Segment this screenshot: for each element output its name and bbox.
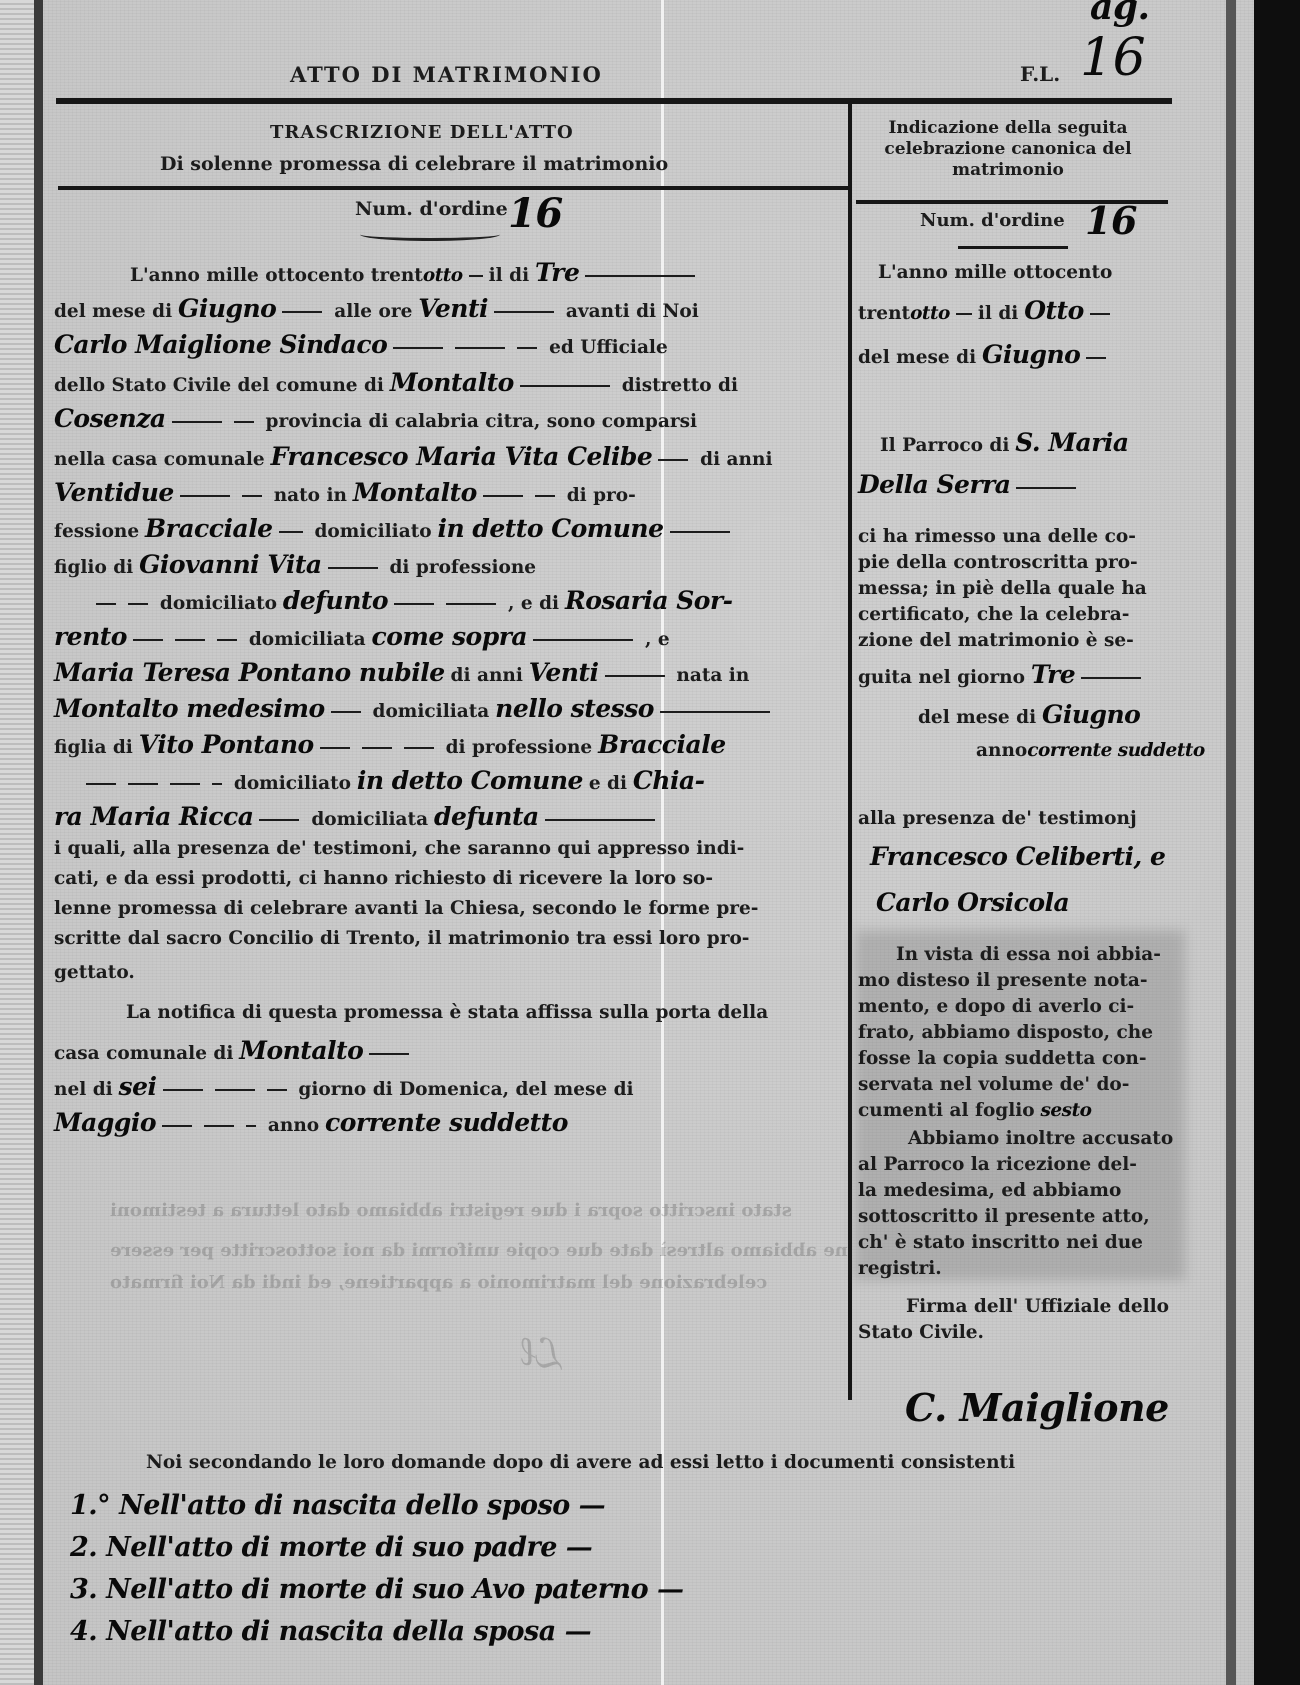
body-line-5: gettato. bbox=[54, 962, 135, 983]
record-line-16: ra Maria Ricca domiciliata defunta bbox=[54, 802, 661, 831]
record-line-12: Maria Teresa Pontano nubile di anni Vent… bbox=[54, 658, 749, 687]
folio-label: F.L. bbox=[1020, 62, 1060, 86]
record-line-10: domiciliato defunto , e di Rosaria Sor- bbox=[90, 586, 733, 615]
celebration-month: del mese di Giugno bbox=[918, 700, 1140, 729]
closing-line-1: In vista di essa noi abbia- bbox=[896, 944, 1161, 965]
witness-2: Carlo Orsicola bbox=[876, 888, 1069, 917]
closing2-line-6: registri. bbox=[858, 1258, 942, 1279]
closing2-line-3: la medesima, ed abbiamo bbox=[858, 1180, 1121, 1201]
record-line-15: domiciliato in detto Comune e di Chia- bbox=[80, 766, 705, 795]
record-line-13: Montalto medesimo domiciliata nello stes… bbox=[54, 694, 776, 723]
closing2-line-1: Abbiamo inoltre accusato bbox=[908, 1128, 1173, 1149]
document-item-4: 4. Nell'atto di nascita della sposa — bbox=[70, 1616, 591, 1647]
record-line-3: Carlo Maiglione Sindaco ed Ufficiale bbox=[54, 330, 668, 359]
page-title: ATTO DI MATRIMONIO bbox=[290, 62, 603, 87]
closing-line-7: cumenti al foglio sesto bbox=[858, 1100, 1092, 1121]
right-line-4: Il Parroco di S. Maria bbox=[880, 428, 1129, 457]
officer-signature: C. Maiglione bbox=[905, 1385, 1169, 1430]
notice-line-3: nel di sei giorno di Domenica, del mese … bbox=[54, 1072, 634, 1101]
right-heading: Indicazione della seguita celebrazione c… bbox=[858, 118, 1158, 181]
num-ordine-label-left: Num. d'ordine bbox=[355, 198, 508, 220]
body-line-2: cati, e da essi prodotti, ci hanno richi… bbox=[54, 868, 713, 889]
signature-label-1: Firma dell' Uffiziale dello bbox=[906, 1296, 1169, 1317]
closing2-line-4: sottoscritto il presente atto, bbox=[858, 1206, 1150, 1227]
signature-label-2: Stato Civile. bbox=[858, 1322, 984, 1343]
corner-annotation: ag. bbox=[1090, 0, 1150, 28]
record-line-1: L'anno mille ottocento trentottoil di Tr… bbox=[130, 258, 701, 287]
folio-number: 16 bbox=[1080, 28, 1145, 88]
num-ordine-value-left: 16 bbox=[508, 190, 563, 237]
body-line-1: i quali, alla presenza de' testimoni, ch… bbox=[54, 838, 744, 859]
left-heading: TRASCRIZIONE DELL'ATTO bbox=[270, 122, 574, 143]
certificate-line-4: certificato, che la celebra- bbox=[858, 604, 1129, 625]
celebration-day: guita nel giorno Tre bbox=[858, 660, 1147, 689]
bleedthrough-signature: ℒℓ bbox=[517, 1327, 569, 1380]
notice-line-2: casa comunale di Montalto bbox=[54, 1036, 415, 1065]
closing-line-4: frato, abbiamo disposto, che bbox=[858, 1022, 1153, 1043]
flourish-divider bbox=[360, 228, 500, 241]
right-line-1: L'anno mille ottocento bbox=[878, 262, 1112, 283]
bleedthrough-line-3: celebrazione del matrimonio a appartiene… bbox=[110, 1272, 767, 1293]
page-right-edge bbox=[1226, 0, 1236, 1685]
record-line-2: del mese di Giugno alle ore Venti avanti… bbox=[54, 294, 699, 323]
closing-line-2: mo disteso il presente nota- bbox=[858, 970, 1148, 991]
bleedthrough-line-1: stato inscritto sopra i due registri abb… bbox=[110, 1200, 792, 1221]
closing2-line-5: ch' è stato inscritto nei due bbox=[858, 1232, 1143, 1253]
closing-line-3: mento, e dopo di averlo ci- bbox=[858, 996, 1134, 1017]
column-divider bbox=[848, 100, 852, 1400]
witness-1: Francesco Celiberti, e bbox=[870, 842, 1165, 871]
closing2-line-2: al Parroco la ricezione del- bbox=[858, 1154, 1137, 1175]
record-line-9: figlio di Giovanni Vita di professione bbox=[54, 550, 536, 579]
certificate-line-5: zione del matrimonio è se- bbox=[858, 630, 1134, 651]
document-page: ATTO DI MATRIMONIO F.L. 16 ag. TRASCRIZI… bbox=[0, 0, 1300, 1685]
record-line-11: rento domiciliata come sopra , e bbox=[54, 622, 670, 651]
right-short-rule bbox=[958, 246, 1068, 249]
right-line-2: trentottoil di Otto bbox=[858, 296, 1116, 325]
record-line-7: Ventidue nato in Montalto di pro- bbox=[54, 478, 636, 507]
document-item-1: 1.° Nell'atto di nascita dello sposo — bbox=[70, 1490, 605, 1521]
record-line-14: figlia di Vito Pontano di professione Br… bbox=[54, 730, 726, 759]
certificate-line-2: pie della controscritta pro- bbox=[858, 552, 1138, 573]
right-line-3: del mese di Giugno bbox=[858, 340, 1112, 369]
record-line-5: Cosenza provincia di calabria citra, son… bbox=[54, 404, 697, 433]
closing-line-5: fosse la copia suddetta con- bbox=[858, 1048, 1147, 1069]
adjacent-page-edge bbox=[0, 0, 34, 1685]
footer-intro: Noi secondando le loro domande dopo di a… bbox=[146, 1452, 1015, 1473]
record-line-6: nella casa comunale Francesco Maria Vita… bbox=[54, 442, 772, 471]
left-subheading: Di solenne promessa di celebrare il matr… bbox=[160, 153, 668, 175]
right-line-5: Della Serra bbox=[858, 470, 1082, 499]
record-line-8: fessione Bracciale domiciliato in detto … bbox=[54, 514, 736, 543]
certificate-line-3: messa; in piè della quale ha bbox=[858, 578, 1147, 599]
certificate-line-1: ci ha rimesso una delle co- bbox=[858, 526, 1136, 547]
left-heading-rule bbox=[58, 186, 848, 190]
header-rule bbox=[56, 98, 1172, 104]
witnesses-label: alla presenza de' testimonj bbox=[858, 808, 1137, 829]
num-ordine-value-right: 16 bbox=[1085, 198, 1137, 243]
body-line-3: lenne promessa di celebrare avanti la Ch… bbox=[54, 898, 758, 919]
notice-line-1: La notifica di questa promessa è stata a… bbox=[126, 1002, 768, 1023]
celebration-year: annocorrente suddetto bbox=[976, 740, 1205, 761]
num-ordine-label-right: Num. d'ordine bbox=[920, 210, 1065, 231]
document-item-2: 2. Nell'atto di morte di suo padre — bbox=[70, 1532, 592, 1563]
scan-background bbox=[1254, 0, 1300, 1685]
binding-spine bbox=[34, 0, 43, 1685]
body-line-4: scritte dal sacro Concilio di Trento, il… bbox=[54, 928, 749, 949]
record-line-4: dello Stato Civile del comune di Montalt… bbox=[54, 368, 738, 397]
notice-line-4: Maggio anno corrente suddetto bbox=[54, 1108, 568, 1137]
document-item-3: 3. Nell'atto di morte di suo Avo paterno… bbox=[70, 1574, 683, 1605]
bleedthrough-line-2: ne abbiamo altresì date due copie unifor… bbox=[110, 1240, 848, 1261]
closing-line-6: servata nel volume de' do- bbox=[858, 1074, 1129, 1095]
